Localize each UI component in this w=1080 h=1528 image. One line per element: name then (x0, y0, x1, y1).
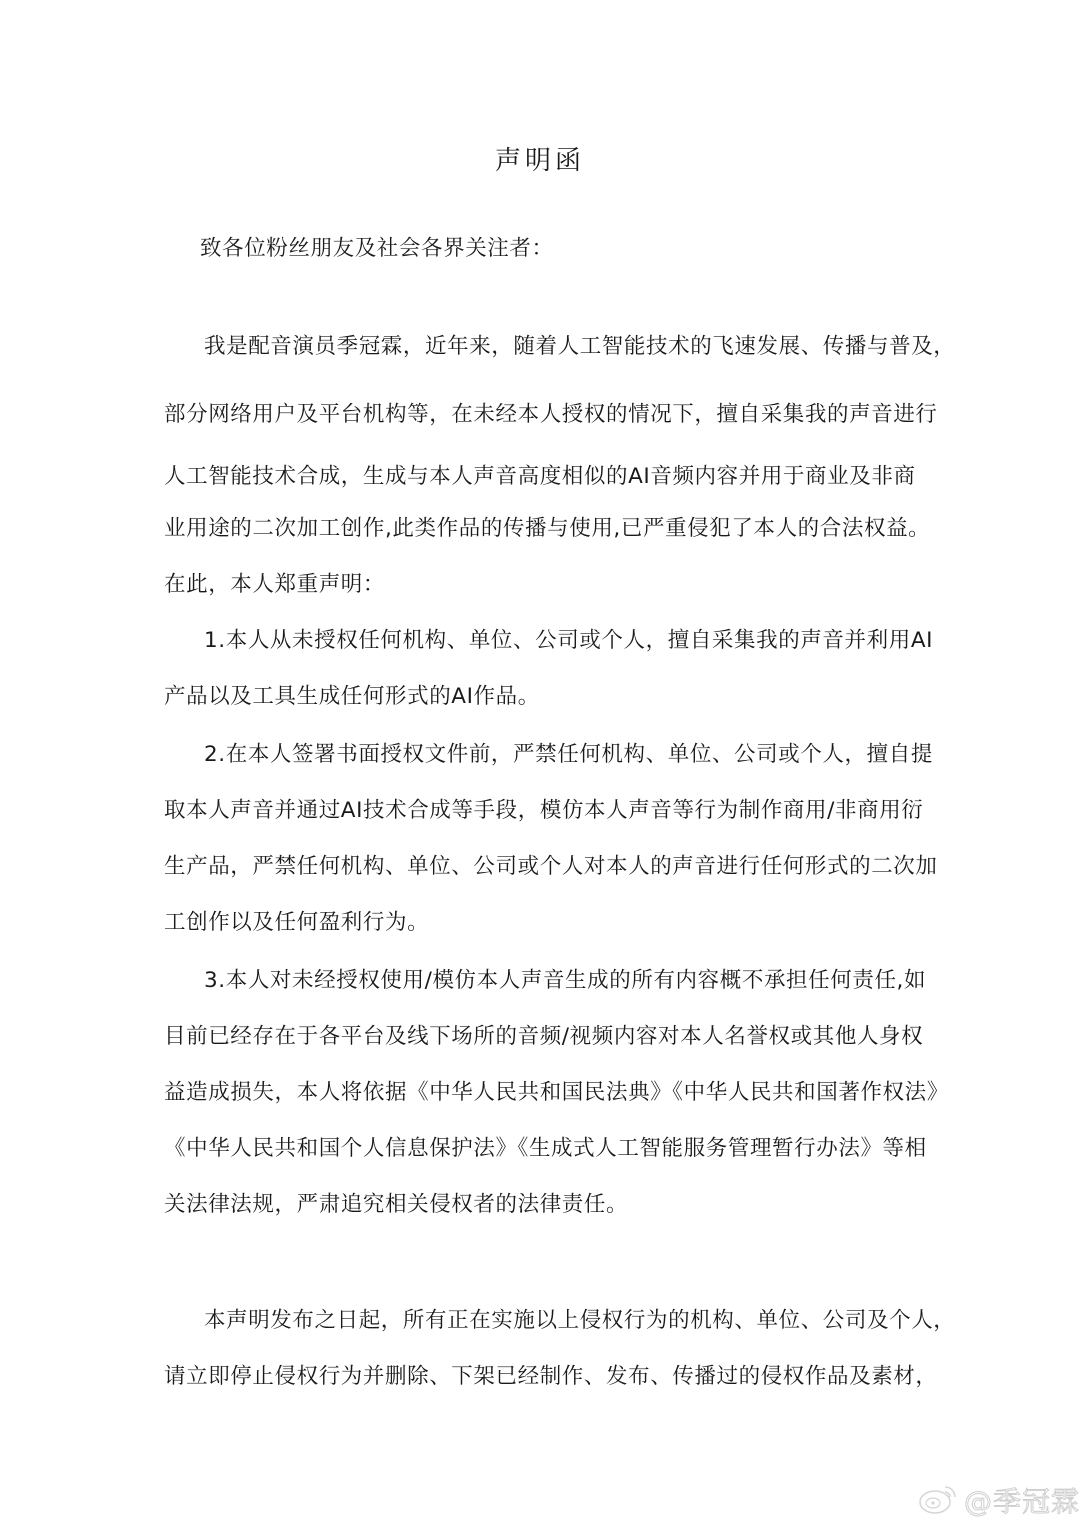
document-line: 取本人声音并通过AI技术合成等手段，模仿本人声音等行为制作商用/非商用衍 (164, 796, 924, 826)
document-line: 人工智能技术合成，生成与本人声音高度相似的AI音频内容并用于商业及非商 (164, 462, 924, 492)
document-line: 生产品，严禁任何机构、单位、公司或个人对本人的声音进行任何形式的二次加 (164, 852, 924, 882)
document-line: 业用途的二次加工创作,此类作品的传播与使用,已严重侵犯了本人的合法权益。 (164, 514, 924, 544)
document-line: 2.在本人签署书面授权文件前，严禁任何机构、单位、公司或个人，擅自提 (204, 740, 964, 770)
document-line: 部分网络用户及平台机构等，在未经本人授权的情况下，擅自采集我的声音进行 (164, 400, 924, 430)
document-line: 1.本人从未授权任何机构、单位、公司或个人，擅自采集我的声音并利用AI (204, 626, 964, 656)
watermark-username: @季冠霖 (964, 1480, 1080, 1520)
document-line: 目前已经存在于各平台及线下场所的音频/视频内容对本人名誉权或其他人身权 (164, 1022, 924, 1052)
document-line: 工创作以及任何盈利行为。 (164, 908, 924, 938)
weibo-logo-icon (918, 1481, 960, 1519)
document-line: 益造成损失，本人将依据《中华人民共和国民法典》《中华人民共和国著作权法》 (164, 1078, 924, 1108)
weibo-watermark: @季冠霖 (918, 1480, 1080, 1520)
document-line: 产品以及工具生成任何形式的AI作品。 (164, 682, 924, 712)
document-title: 声明函 (0, 140, 1080, 177)
document-line: 3.本人对未经授权使用/模仿本人声音生成的所有内容概不承担任何责任,如 (204, 966, 964, 996)
document-line: 《中华人民共和国个人信息保护法》《生成式人工智能服务管理暂行办法》等相 (164, 1134, 924, 1164)
statement-document: 声明函 致各位粉丝朋友及社会各界关注者： 我是配音演员季冠霖，近年来，随着人工智… (0, 0, 1080, 1528)
document-line: 本声明发布之日起，所有正在实施以上侵权行为的机构、单位、公司及个人， (204, 1306, 964, 1336)
document-line: 我是配音演员季冠霖，近年来，随着人工智能技术的飞速发展、传播与普及， (204, 332, 964, 362)
document-line: 请立即停止侵权行为并删除、下架已经制作、发布、传播过的侵权作品及素材， (164, 1362, 924, 1392)
salutation: 致各位粉丝朋友及社会各界关注者： (200, 234, 960, 264)
document-line: 在此，本人郑重声明： (164, 570, 924, 600)
document-line: 关法律法规，严肃追究相关侵权者的法律责任。 (164, 1190, 924, 1220)
